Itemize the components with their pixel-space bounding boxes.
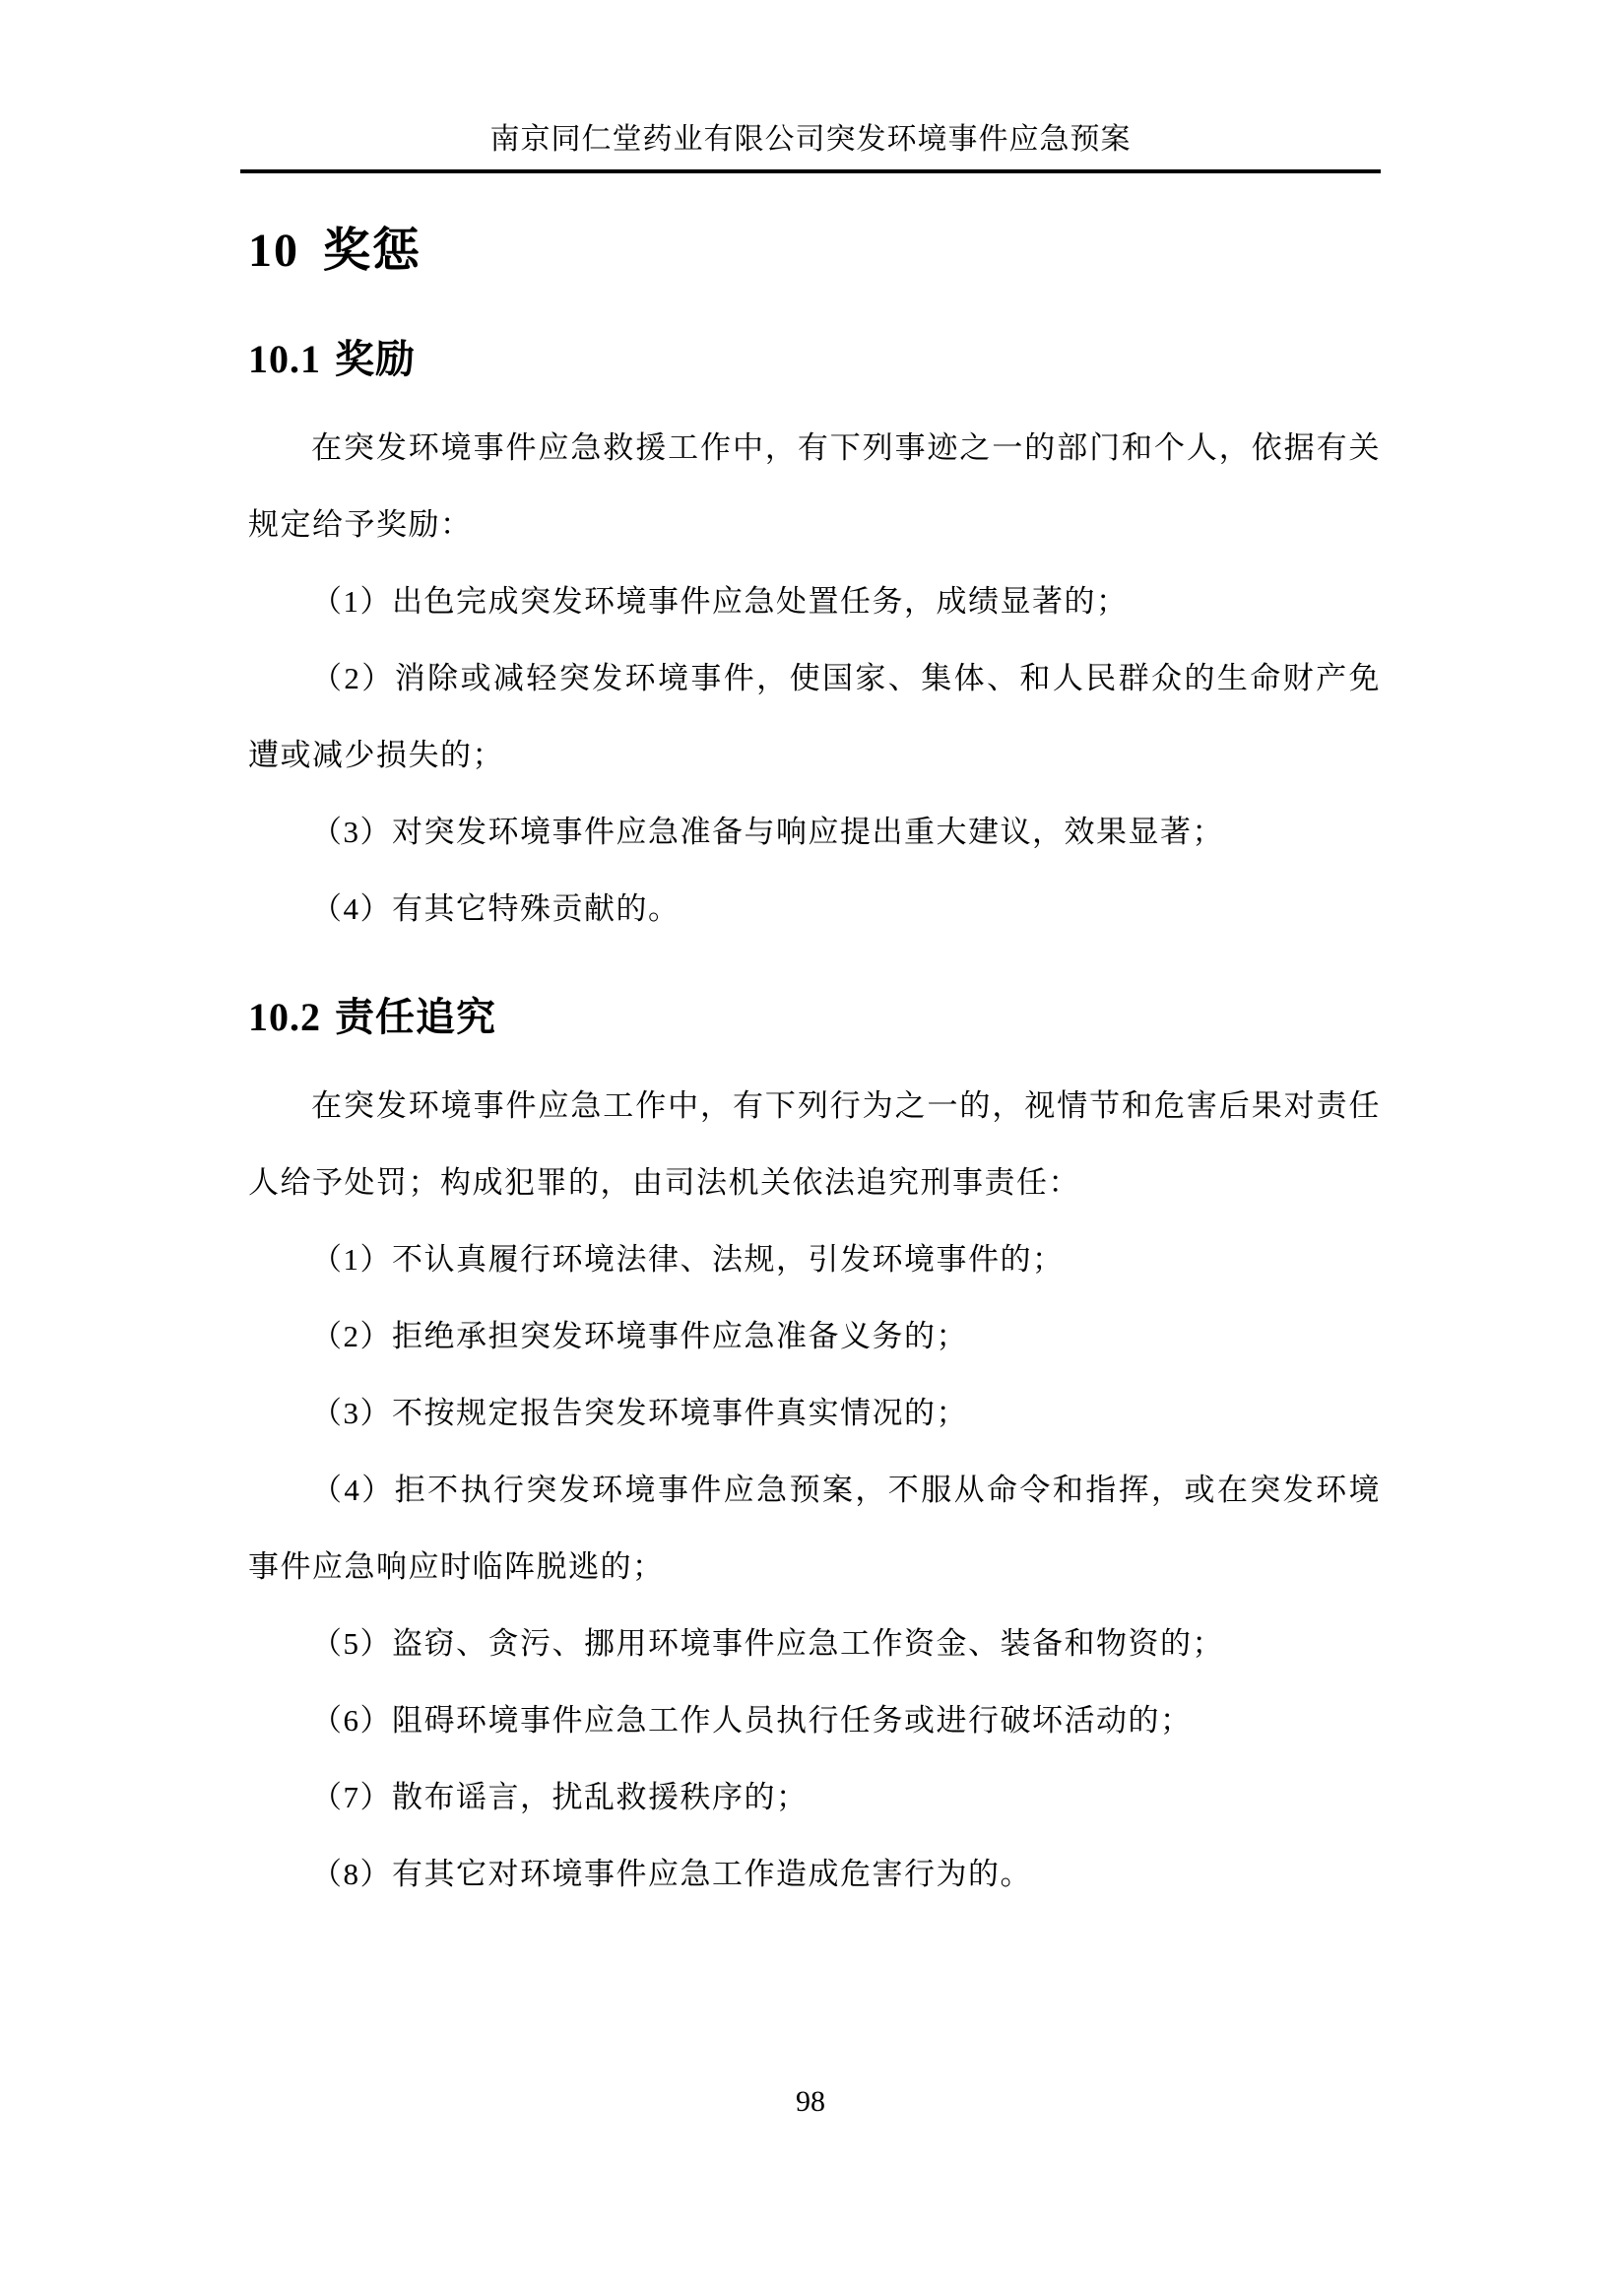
page-header-title: 南京同仁堂药业有限公司突发环境事件应急预案 <box>240 122 1381 158</box>
section-10-1-intro: 在突发环境事件应急救援工作中，有下列事迹之一的部门和个人，依据有关规定给予奖励： <box>248 410 1381 563</box>
list-item: （8）有其它对环境事件应急工作造成危害行为的。 <box>248 1836 1381 1913</box>
section-title: 责任追究 <box>335 995 496 1039</box>
section-10-2-intro: 在突发环境事件应急工作中，有下列行为之一的，视情节和危害后果对责任人给予处罚；构… <box>248 1068 1381 1221</box>
chapter-heading: 10奖惩 <box>248 223 1381 280</box>
list-item: （6）阻碍环境事件应急工作人员执行任务或进行破坏活动的； <box>248 1682 1381 1759</box>
section-number: 10.1 <box>248 337 321 381</box>
list-item: （2）消除或减轻突发环境事件，使国家、集体、和人民群众的生命财产免遭或减少损失的… <box>248 640 1381 794</box>
list-item: （2）拒绝承担突发环境事件应急准备义务的； <box>248 1298 1381 1375</box>
section-heading-10-1: 10.1奖励 <box>248 335 1381 384</box>
list-item: （7）散布谣言，扰乱救援秩序的； <box>248 1759 1381 1836</box>
list-item: （5）盗窃、贪污、挪用环境事件应急工作资金、装备和物资的； <box>248 1606 1381 1682</box>
list-item: （4）拒不执行突发环境事件应急预案，不服从命令和指挥，或在突发环境事件应急响应时… <box>248 1452 1381 1606</box>
list-item: （3）对突发环境事件应急准备与响应提出重大建议，效果显著； <box>248 794 1381 871</box>
header-divider <box>240 169 1381 173</box>
list-item: （3）不按规定报告突发环境事件真实情况的； <box>248 1375 1381 1452</box>
document-page: 南京同仁堂药业有限公司突发环境事件应急预案 10奖惩 10.1奖励 在突发环境事… <box>0 0 1621 2296</box>
list-item: （4）有其它特殊贡献的。 <box>248 871 1381 948</box>
chapter-number: 10 <box>248 225 299 277</box>
list-item: （1）不认真履行环境法律、法规，引发环境事件的； <box>248 1221 1381 1298</box>
section-number: 10.2 <box>248 995 321 1039</box>
section-heading-10-2: 10.2责任追究 <box>248 993 1381 1042</box>
document-body: 10奖惩 10.1奖励 在突发环境事件应急救援工作中，有下列事迹之一的部门和个人… <box>248 223 1381 1913</box>
chapter-title: 奖惩 <box>323 225 421 277</box>
list-item: （1）出色完成突发环境事件应急处置任务，成绩显著的； <box>248 563 1381 640</box>
section-title: 奖励 <box>335 337 416 381</box>
page-number: 98 <box>0 2084 1621 2120</box>
